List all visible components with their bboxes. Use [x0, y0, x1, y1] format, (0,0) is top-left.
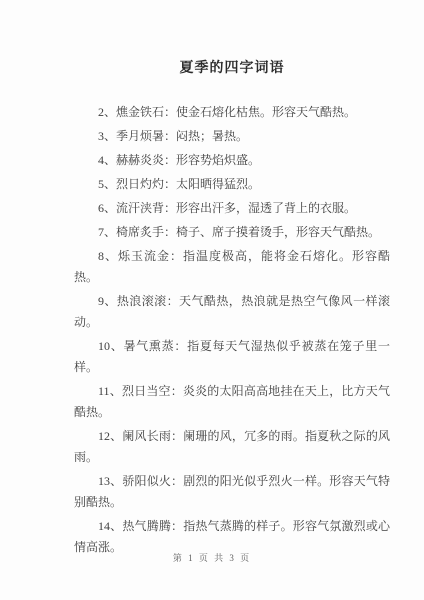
word-list-item: 12、阑风长雨：阑珊的风，冗多的雨。指夏秋之际的风雨。 — [74, 426, 390, 468]
document-title: 夏季的四字词语 — [74, 58, 390, 80]
word-list-item: 3、季月烦暑：闷热；暑热。 — [74, 126, 390, 147]
word-list-item: 7、椅席炙手：椅子、席子摸着烫手，形容天气酷热。 — [74, 222, 390, 243]
word-list-item: 5、烈日灼灼：太阳晒得猛烈。 — [74, 174, 390, 195]
document-page: 夏季的四字词语 2、燋金铁石：使金石熔化枯焦。形容天气酷热。 3、季月烦暑：闷热… — [0, 0, 424, 600]
word-list-item: 9、热浪滚滚：天气酷热，热浪就是热空气像风一样滚动。 — [74, 291, 390, 333]
word-list-item: 11、烈日当空：炎炎的太阳高高地挂在天上，比方天气酷热。 — [74, 381, 390, 423]
word-list-item: 6、流汗浃背：形容出汗多，湿透了背上的衣服。 — [74, 198, 390, 219]
word-list-item: 8、烁玉流金：指温度极高，能将金石熔化。形容酷热。 — [74, 246, 390, 288]
word-list-item: 10、暑气熏蒸：指夏每天气湿热似乎被蒸在笼子里一样。 — [74, 336, 390, 378]
word-list-item: 4、赫赫炎炎：形容势焰炽盛。 — [74, 150, 390, 171]
page-number: 第 1 页 共 3 页 — [0, 551, 424, 565]
word-list-item: 13、骄阳似火：剧烈的阳光似乎烈火一样。形容天气特别酷热。 — [74, 471, 390, 513]
word-list-item: 2、燋金铁石：使金石熔化枯焦。形容天气酷热。 — [74, 102, 390, 123]
word-list: 2、燋金铁石：使金石熔化枯焦。形容天气酷热。 3、季月烦暑：闷热；暑热。 4、赫… — [74, 102, 390, 558]
